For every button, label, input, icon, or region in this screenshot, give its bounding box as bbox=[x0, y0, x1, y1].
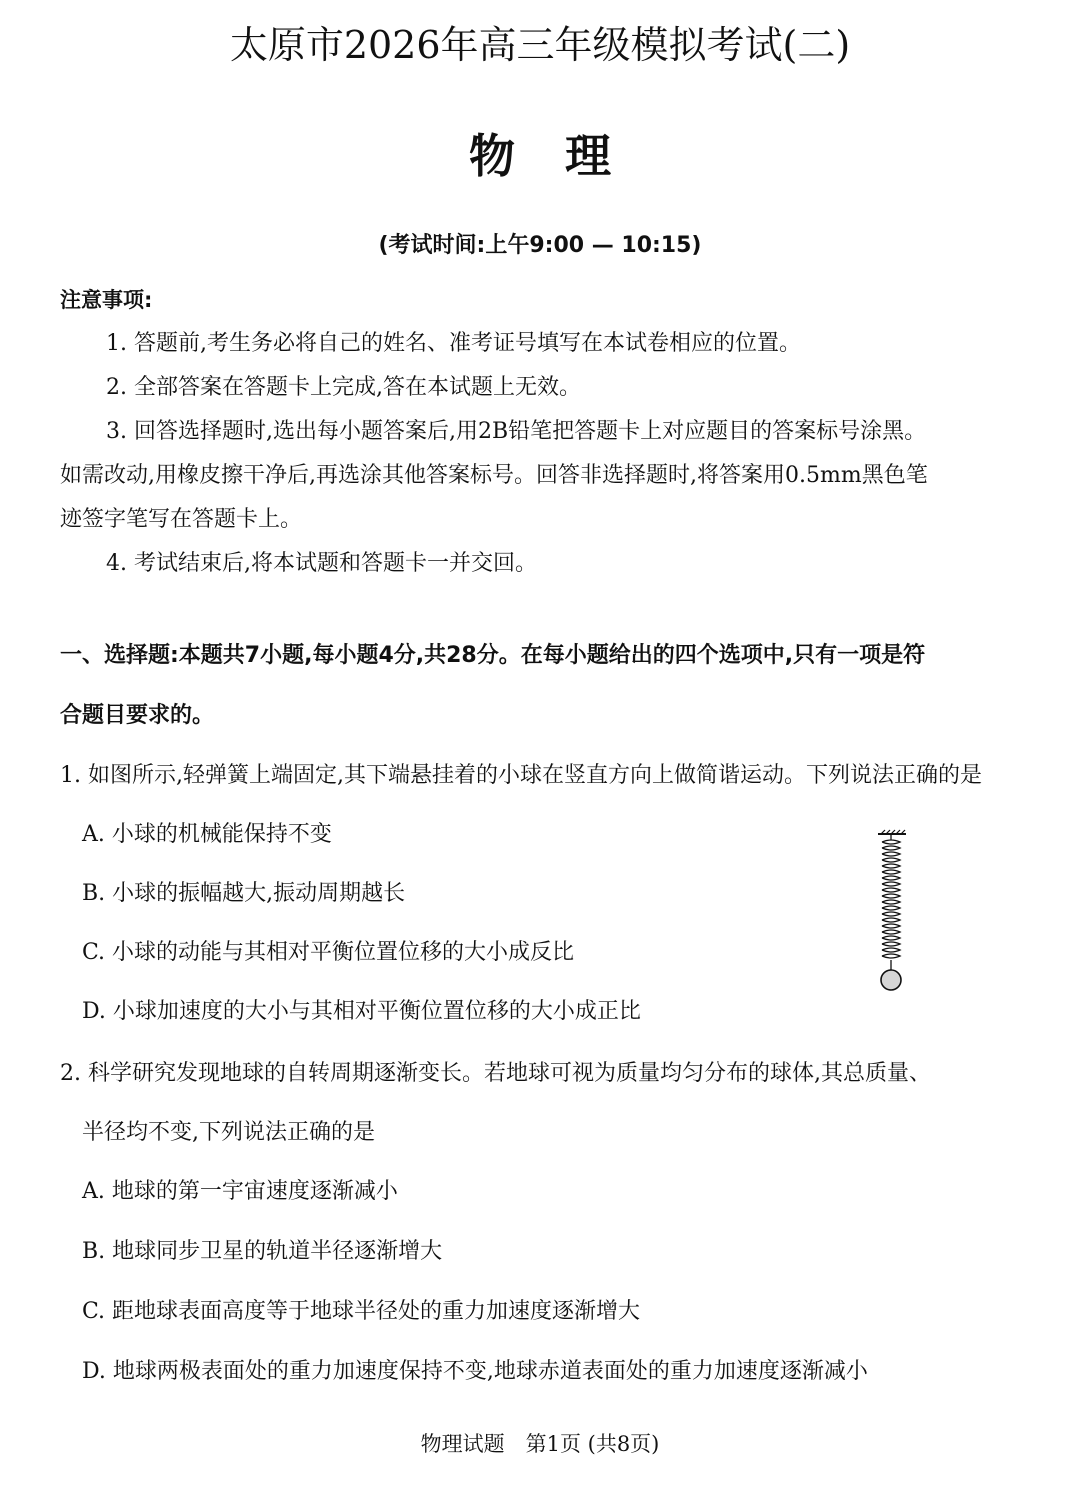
question-1-option-c: C. 小球的动能与其相对平衡位置位移的大小成反比 bbox=[82, 935, 574, 966]
exam-title: 太原市2026年高三年级模拟考试(二) bbox=[0, 14, 1080, 69]
ceiling-hatch-icon bbox=[878, 830, 906, 834]
exam-time: (考试时间:上午9:00 — 10:15) bbox=[0, 228, 1080, 259]
question-1-option-d: D. 小球加速度的大小与其相对平衡位置位移的大小成正比 bbox=[82, 994, 641, 1025]
notice-item-1: 1. 答题前,考生务必将自己的姓名、准考证号填写在本试卷相应的位置。 bbox=[106, 326, 801, 357]
subject-title: 物理 bbox=[0, 120, 1080, 186]
notice-heading: 注意事项: bbox=[60, 284, 152, 314]
question-2-option-b: B. 地球同步卫星的轨道半径逐渐增大 bbox=[82, 1234, 442, 1265]
page-footer: 物理试题 第1页 (共8页) bbox=[0, 1428, 1080, 1458]
notice-item-2: 2. 全部答案在答题卡上完成,答在本试题上无效。 bbox=[106, 370, 581, 401]
notice-item-3-cont: 如需改动,用橡皮擦干净后,再选涂其他答案标号。回答非选择题时,将答案用0.5mm… bbox=[60, 458, 928, 489]
spring-ball-diagram bbox=[866, 828, 916, 994]
question-2-option-d: D. 地球两极表面处的重力加速度保持不变,地球赤道表面处的重力加速度逐渐减小 bbox=[82, 1354, 868, 1385]
notice-item-3: 3. 回答选择题时,选出每小题答案后,用2B铅笔把答题卡上对应题目的答案标号涂黑… bbox=[106, 414, 926, 445]
question-1-stem: 1. 如图所示,轻弹簧上端固定,其下端悬挂着的小球在竖直方向上做简谐运动。下列说… bbox=[60, 758, 982, 789]
question-2-stem: 2. 科学研究发现地球的自转周期逐渐变长。若地球可视为质量均匀分布的球体,其总质… bbox=[60, 1056, 931, 1087]
section-heading-cont: 合题目要求的。 bbox=[60, 698, 214, 729]
question-1-option-b: B. 小球的振幅越大,振动周期越长 bbox=[82, 876, 405, 907]
question-2-stem-cont: 半径均不变,下列说法正确的是 bbox=[82, 1115, 375, 1146]
notice-item-3-cont2: 迹签字笔写在答题卡上。 bbox=[60, 502, 302, 533]
question-2-option-a: A. 地球的第一宇宙速度逐渐减小 bbox=[82, 1174, 398, 1205]
section-heading: 一、选择题:本题共7小题,每小题4分,共28分。在每小题给出的四个选项中,只有一… bbox=[60, 638, 925, 669]
notice-item-4: 4. 考试结束后,将本试题和答题卡一并交回。 bbox=[106, 546, 537, 577]
spring-coil-icon bbox=[882, 834, 900, 970]
question-1-option-a: A. 小球的机械能保持不变 bbox=[82, 817, 332, 848]
question-2-option-c: C. 距地球表面高度等于地球半径处的重力加速度逐渐增大 bbox=[82, 1294, 640, 1325]
ball-icon bbox=[881, 970, 901, 990]
